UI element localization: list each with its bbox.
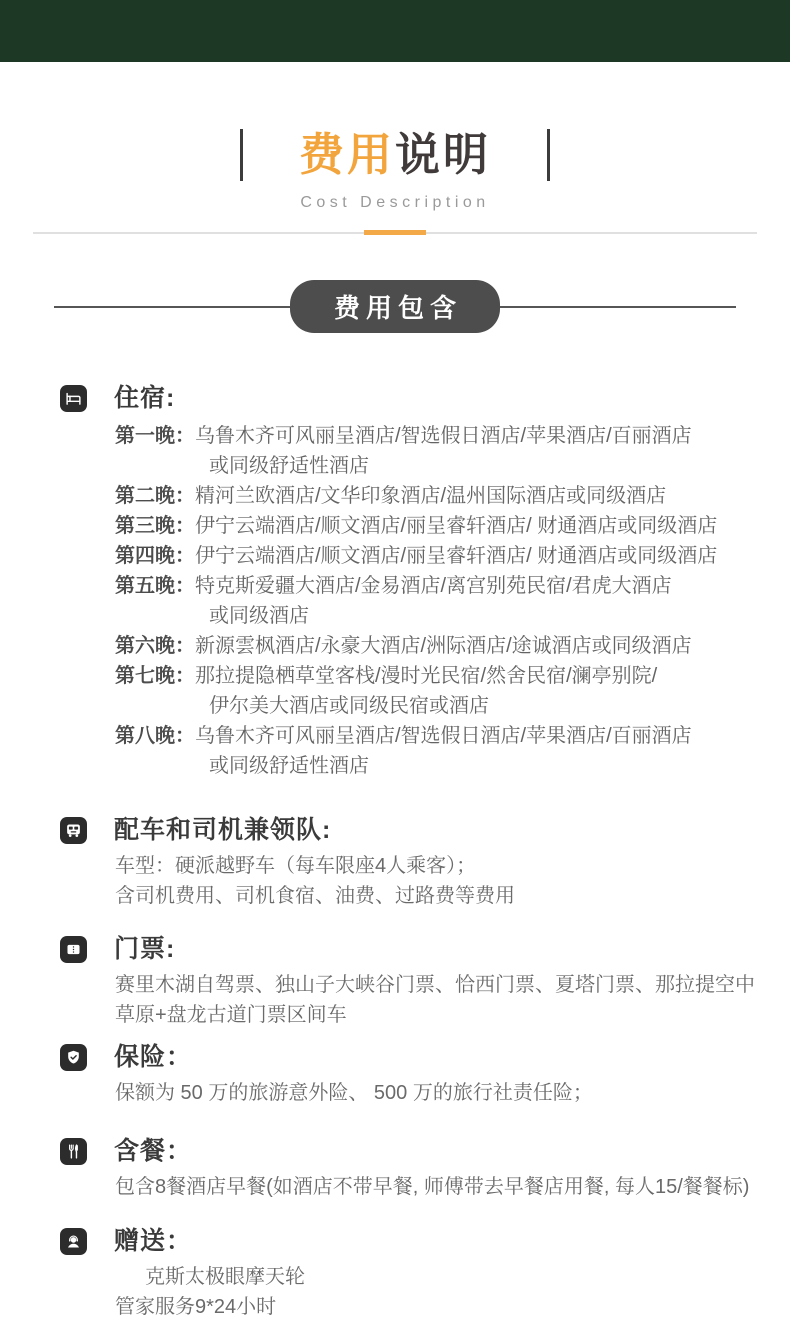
hotel-line: 精河兰欧酒店/文华印象酒店/温州国际酒店或同级酒店 — [195, 481, 666, 511]
hotel-night-row: 第五晚： 特克斯爱疆大酒店/金易酒店/离宫别苑民宿/君虎大酒店或同级酒店 — [115, 571, 780, 631]
page-title: 费用说明 — [299, 128, 491, 182]
shield-check-icon — [60, 1044, 87, 1071]
title-divider — [33, 232, 757, 234]
hotel-line: 那拉提隐栖草堂客栈/漫时光民宿/然舍民宿/澜亭别院/ — [195, 661, 657, 691]
gift-line: 管家服务9*24小时 — [115, 1292, 780, 1322]
section-title: 含餐： — [114, 1134, 192, 1168]
hotel-night-row: 第八晚： 乌鲁木齐可风丽呈酒店/智选假日酒店/苹果酒店/百丽酒店或同级舒适性酒店 — [115, 721, 780, 781]
hotel-line: 伊宁云端酒店/顺文酒店/丽呈睿轩酒店/ 财通酒店或同级酒店 — [195, 511, 717, 541]
vehicle-fees-line: 含司机费用、司机食宿、油费、过路费等费用 — [115, 881, 780, 911]
hotel-line: 伊宁云端酒店/顺文酒店/丽呈睿轩酒店/ 财通酒店或同级酒店 — [195, 541, 717, 571]
divider-orange-accent — [364, 230, 426, 235]
page-title-rest: 说明 — [395, 129, 491, 180]
hotel-night-row: 第一晚： 乌鲁木齐可风丽呈酒店/智选假日酒店/苹果酒店/百丽酒店或同级舒适性酒店 — [115, 421, 780, 481]
night-label: 第三晚： — [115, 511, 195, 541]
hotel-night-row: 第四晚： 伊宁云端酒店/顺文酒店/丽呈睿轩酒店/ 财通酒店或同级酒店 — [115, 541, 780, 571]
hotel-line: 伊尔美大酒店或同级民宿或酒店 — [195, 691, 657, 721]
night-hotels: 新源雲枫酒店/永豪大酒店/洲际酒店/途诚酒店或同级酒店 — [195, 631, 692, 661]
section-accommodation-header: 住宿: — [60, 381, 780, 415]
meals-details: 包含8餐酒店早餐(如酒店不带早餐, 师傅带去早餐店用餐, 每人15/餐餐标) — [115, 1172, 780, 1202]
vehicle-type-line: 车型：硬派越野车（每车限座4人乘客）； — [115, 851, 780, 881]
hotel-line: 乌鲁木齐可风丽呈酒店/智选假日酒店/苹果酒店/百丽酒店 — [195, 421, 692, 451]
section-vehicle-driver: 配车和司机兼领队: 车型：硬派越野车（每车限座4人乘客）； 含司机费用、司机食宿… — [60, 813, 780, 911]
section-gifts: 赠送： 克斯太极眼摩天轮 管家服务9*24小时 — [60, 1224, 780, 1322]
tickets-line: 草原+盘龙古道门票区间车 — [115, 1000, 780, 1030]
tickets-line: 赛里木湖自驾票、独山子大峡谷门票、恰西门票、夏塔门票、那拉提空中 — [115, 970, 780, 1000]
customer-service-icon — [60, 1228, 87, 1255]
hotel-line: 特克斯爱疆大酒店/金易酒店/离宫别苑民宿/君虎大酒店 — [195, 571, 672, 601]
badge-right-line — [500, 306, 736, 308]
hotel-line: 或同级舒适性酒店 — [195, 751, 692, 781]
bus-icon — [60, 817, 87, 844]
hotel-night-row: 第二晚： 精河兰欧酒店/文华印象酒店/温州国际酒店或同级酒店 — [115, 481, 780, 511]
night-hotels: 乌鲁木齐可风丽呈酒店/智选假日酒店/苹果酒店/百丽酒店或同级舒适性酒店 — [195, 721, 692, 781]
night-hotels: 伊宁云端酒店/顺文酒店/丽呈睿轩酒店/ 财通酒店或同级酒店 — [195, 541, 717, 571]
section-meals-header: 含餐： — [60, 1134, 780, 1168]
section-tickets-header: 门票: — [60, 932, 780, 966]
badge-left-line — [54, 306, 290, 308]
cutlery-icon — [60, 1138, 87, 1165]
section-tickets: 门票: 赛里木湖自驾票、独山子大峡谷门票、恰西门票、夏塔门票、那拉提空中 草原+… — [60, 932, 780, 1030]
gifts-details: 克斯太极眼摩天轮 管家服务9*24小时 — [115, 1262, 780, 1322]
hotel-night-row: 第六晚： 新源雲枫酒店/永豪大酒店/洲际酒店/途诚酒店或同级酒店 — [115, 631, 780, 661]
hotel-night-row: 第七晚： 那拉提隐栖草堂客栈/漫时光民宿/然舍民宿/澜亭别院/伊尔美大酒店或同级… — [115, 661, 780, 721]
title-left-bar — [240, 129, 243, 181]
hotel-line: 或同级酒店 — [195, 601, 672, 631]
night-label: 第五晚： — [115, 571, 195, 631]
section-insurance-header: 保险： — [60, 1040, 780, 1074]
vehicle-details: 车型：硬派越野车（每车限座4人乘客）； 含司机费用、司机食宿、油费、过路费等费用 — [115, 851, 780, 911]
night-label: 第六晚： — [115, 631, 195, 661]
header-green-bar — [0, 0, 790, 62]
page-title-highlight: 费用 — [299, 129, 395, 180]
section-accommodation: 住宿: 第一晚： 乌鲁木齐可风丽呈酒店/智选假日酒店/苹果酒店/百丽酒店或同级舒… — [60, 381, 780, 781]
section-title: 配车和司机兼领队: — [114, 813, 331, 847]
tickets-details: 赛里木湖自驾票、独山子大峡谷门票、恰西门票、夏塔门票、那拉提空中 草原+盘龙古道… — [115, 970, 780, 1030]
section-title: 保险： — [114, 1040, 192, 1074]
section-title: 门票: — [114, 932, 175, 966]
night-hotels: 特克斯爱疆大酒店/金易酒店/离宫别苑民宿/君虎大酒店或同级酒店 — [195, 571, 672, 631]
hotel-night-list: 第一晚： 乌鲁木齐可风丽呈酒店/智选假日酒店/苹果酒店/百丽酒店或同级舒适性酒店… — [60, 421, 780, 781]
night-hotels: 那拉提隐栖草堂客栈/漫时光民宿/然舍民宿/澜亭别院/伊尔美大酒店或同级民宿或酒店 — [195, 661, 657, 721]
hotel-night-row: 第三晚： 伊宁云端酒店/顺文酒店/丽呈睿轩酒店/ 财通酒店或同级酒店 — [115, 511, 780, 541]
page-title-block: 费用说明 — [0, 128, 790, 182]
title-right-bar — [547, 129, 550, 181]
section-vehicle-header: 配车和司机兼领队: — [60, 813, 780, 847]
hotel-line: 新源雲枫酒店/永豪大酒店/洲际酒店/途诚酒店或同级酒店 — [195, 631, 692, 661]
hotel-line: 乌鲁木齐可风丽呈酒店/智选假日酒店/苹果酒店/百丽酒店 — [195, 721, 692, 751]
insurance-line: 保额为 50 万的旅游意外险、 500 万的旅行社责任险； — [115, 1078, 780, 1108]
cost-includes-badge: 费用包含 — [290, 280, 500, 333]
night-label: 第八晚： — [115, 721, 195, 781]
cost-includes-badge-row: 费用包含 — [0, 280, 790, 333]
meals-line: 包含8餐酒店早餐(如酒店不带早餐, 师傅带去早餐店用餐, 每人15/餐餐标) — [115, 1172, 780, 1202]
insurance-details: 保额为 50 万的旅游意外险、 500 万的旅行社责任险； — [115, 1078, 780, 1108]
bed-icon — [60, 385, 87, 412]
night-label: 第七晚： — [115, 661, 195, 721]
night-label: 第二晚： — [115, 481, 195, 511]
night-hotels: 乌鲁木齐可风丽呈酒店/智选假日酒店/苹果酒店/百丽酒店或同级舒适性酒店 — [195, 421, 692, 481]
night-hotels: 精河兰欧酒店/文华印象酒店/温州国际酒店或同级酒店 — [195, 481, 666, 511]
night-label: 第四晚： — [115, 541, 195, 571]
section-title: 住宿: — [114, 381, 175, 415]
hotel-line: 或同级舒适性酒店 — [195, 451, 692, 481]
night-hotels: 伊宁云端酒店/顺文酒店/丽呈睿轩酒店/ 财通酒店或同级酒店 — [195, 511, 717, 541]
section-title: 赠送： — [114, 1224, 192, 1258]
ticket-icon — [60, 936, 87, 963]
page-subtitle: Cost Description — [0, 194, 790, 212]
night-label: 第一晚： — [115, 421, 195, 481]
cost-includes-content: 住宿: 第一晚： 乌鲁木齐可风丽呈酒店/智选假日酒店/苹果酒店/百丽酒店或同级舒… — [0, 381, 790, 1322]
section-insurance: 保险： 保额为 50 万的旅游意外险、 500 万的旅行社责任险； — [60, 1040, 780, 1108]
gift-line: 克斯太极眼摩天轮 — [115, 1262, 780, 1292]
section-gifts-header: 赠送： — [60, 1224, 780, 1258]
section-meals: 含餐： 包含8餐酒店早餐(如酒店不带早餐, 师傅带去早餐店用餐, 每人15/餐餐… — [60, 1134, 780, 1202]
